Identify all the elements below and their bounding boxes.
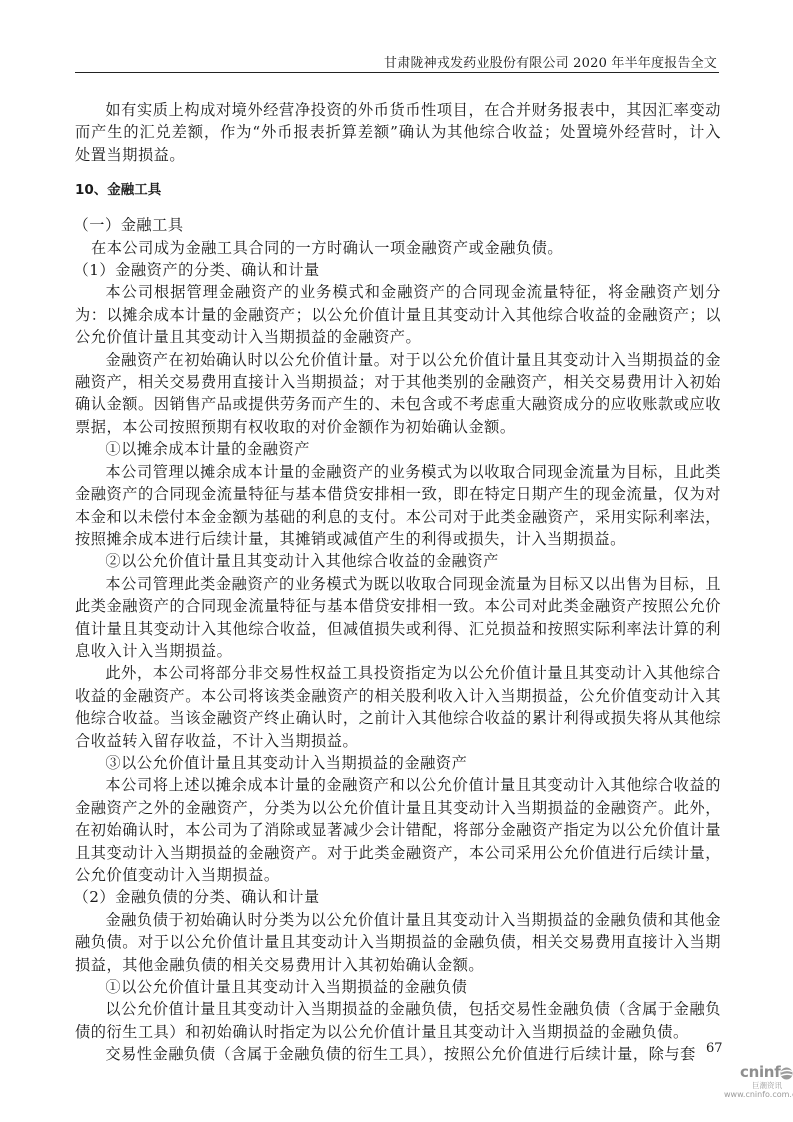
paragraph: 本公司管理此类金融资产的业务模式为既以收取合同现金流量为目标又以出售为目标，且此… (75, 573, 721, 663)
document-body: 如有实质上构成对境外经营净投资的外币货币性项目，在合并财务报表中，其因汇率变动而… (75, 99, 721, 1066)
spacer (75, 166, 721, 179)
paragraph: 本公司管理以摊余成本计量的金融资产的业务模式为以收取合同现金流量为目标，且此类金… (75, 461, 721, 551)
paragraph: 金融负债于初始确认时分类为以公允价值计量且其变动计入当期损益的金融负债和其他金融… (75, 909, 721, 976)
item-heading: ①以摊余成本计量的金融资产 (75, 438, 721, 460)
paragraph: 金融资产在初始确认时以公允价值计量。对于以公允价值计量且其变动计入当期损益的金融… (75, 349, 721, 439)
paragraph: 以公允价值计量且其变动计入当期损益的金融负债，包括交易性金融负债（含属于金融负债… (75, 998, 721, 1043)
subheading-financial-instruments: （一）金融工具 (75, 214, 721, 236)
subheading-financial-assets: （1）金融资产的分类、确认和计量 (75, 259, 721, 281)
item-heading: ②以公允价值计量且其变动计入其他综合收益的金融资产 (75, 550, 721, 572)
paragraph: 本公司根据管理金融资产的业务模式和金融资产的合同现金流量特征，将金融资产划分为：… (75, 281, 721, 348)
logo-brand: cninf (740, 1063, 780, 1081)
item-heading: ①以公允价值计量且其变动计入当期损益的金融负债 (75, 976, 721, 998)
document-title: 甘肃陇神戎发药业股份有限公司 2020 年半年度报告全文 (384, 52, 717, 71)
intro-paragraph: 如有实质上构成对境外经营净投资的外币货币性项目，在合并财务报表中，其因汇率变动而… (75, 99, 721, 166)
page-number: 67 (706, 1041, 723, 1056)
section-heading: 10、金融工具 (75, 179, 721, 201)
cninf-logo: cninf 巨潮资讯 www.cninfo.com.cn (728, 1063, 793, 1111)
paragraph: 交易性金融负债（含属于金融负债的衍生工具），按照公允价值进行后续计量，除与套 (75, 1043, 721, 1065)
paragraph: 本公司将上述以摊余成本计量的金融资产和以公允价值计量且其变动计入其他综合收益的金… (75, 774, 721, 886)
paragraph: 此外，本公司将部分非交易性权益工具投资指定为以公允价值计量且其变动计入其他综合收… (75, 662, 721, 752)
item-heading: ③以公允价值计量且其变动计入当期损益的金融资产 (75, 752, 721, 774)
paragraph: 在本公司成为金融工具合同的一方时确认一项金融资产或金融负债。 (75, 237, 721, 259)
subheading-financial-liabilities: （2）金融负债的分类、确认和计量 (75, 886, 721, 908)
page-header: 甘肃陇神戎发药业股份有限公司 2020 年半年度报告全文 (75, 50, 719, 73)
logo-url: www.cninfo.com.cn (724, 1090, 793, 1099)
